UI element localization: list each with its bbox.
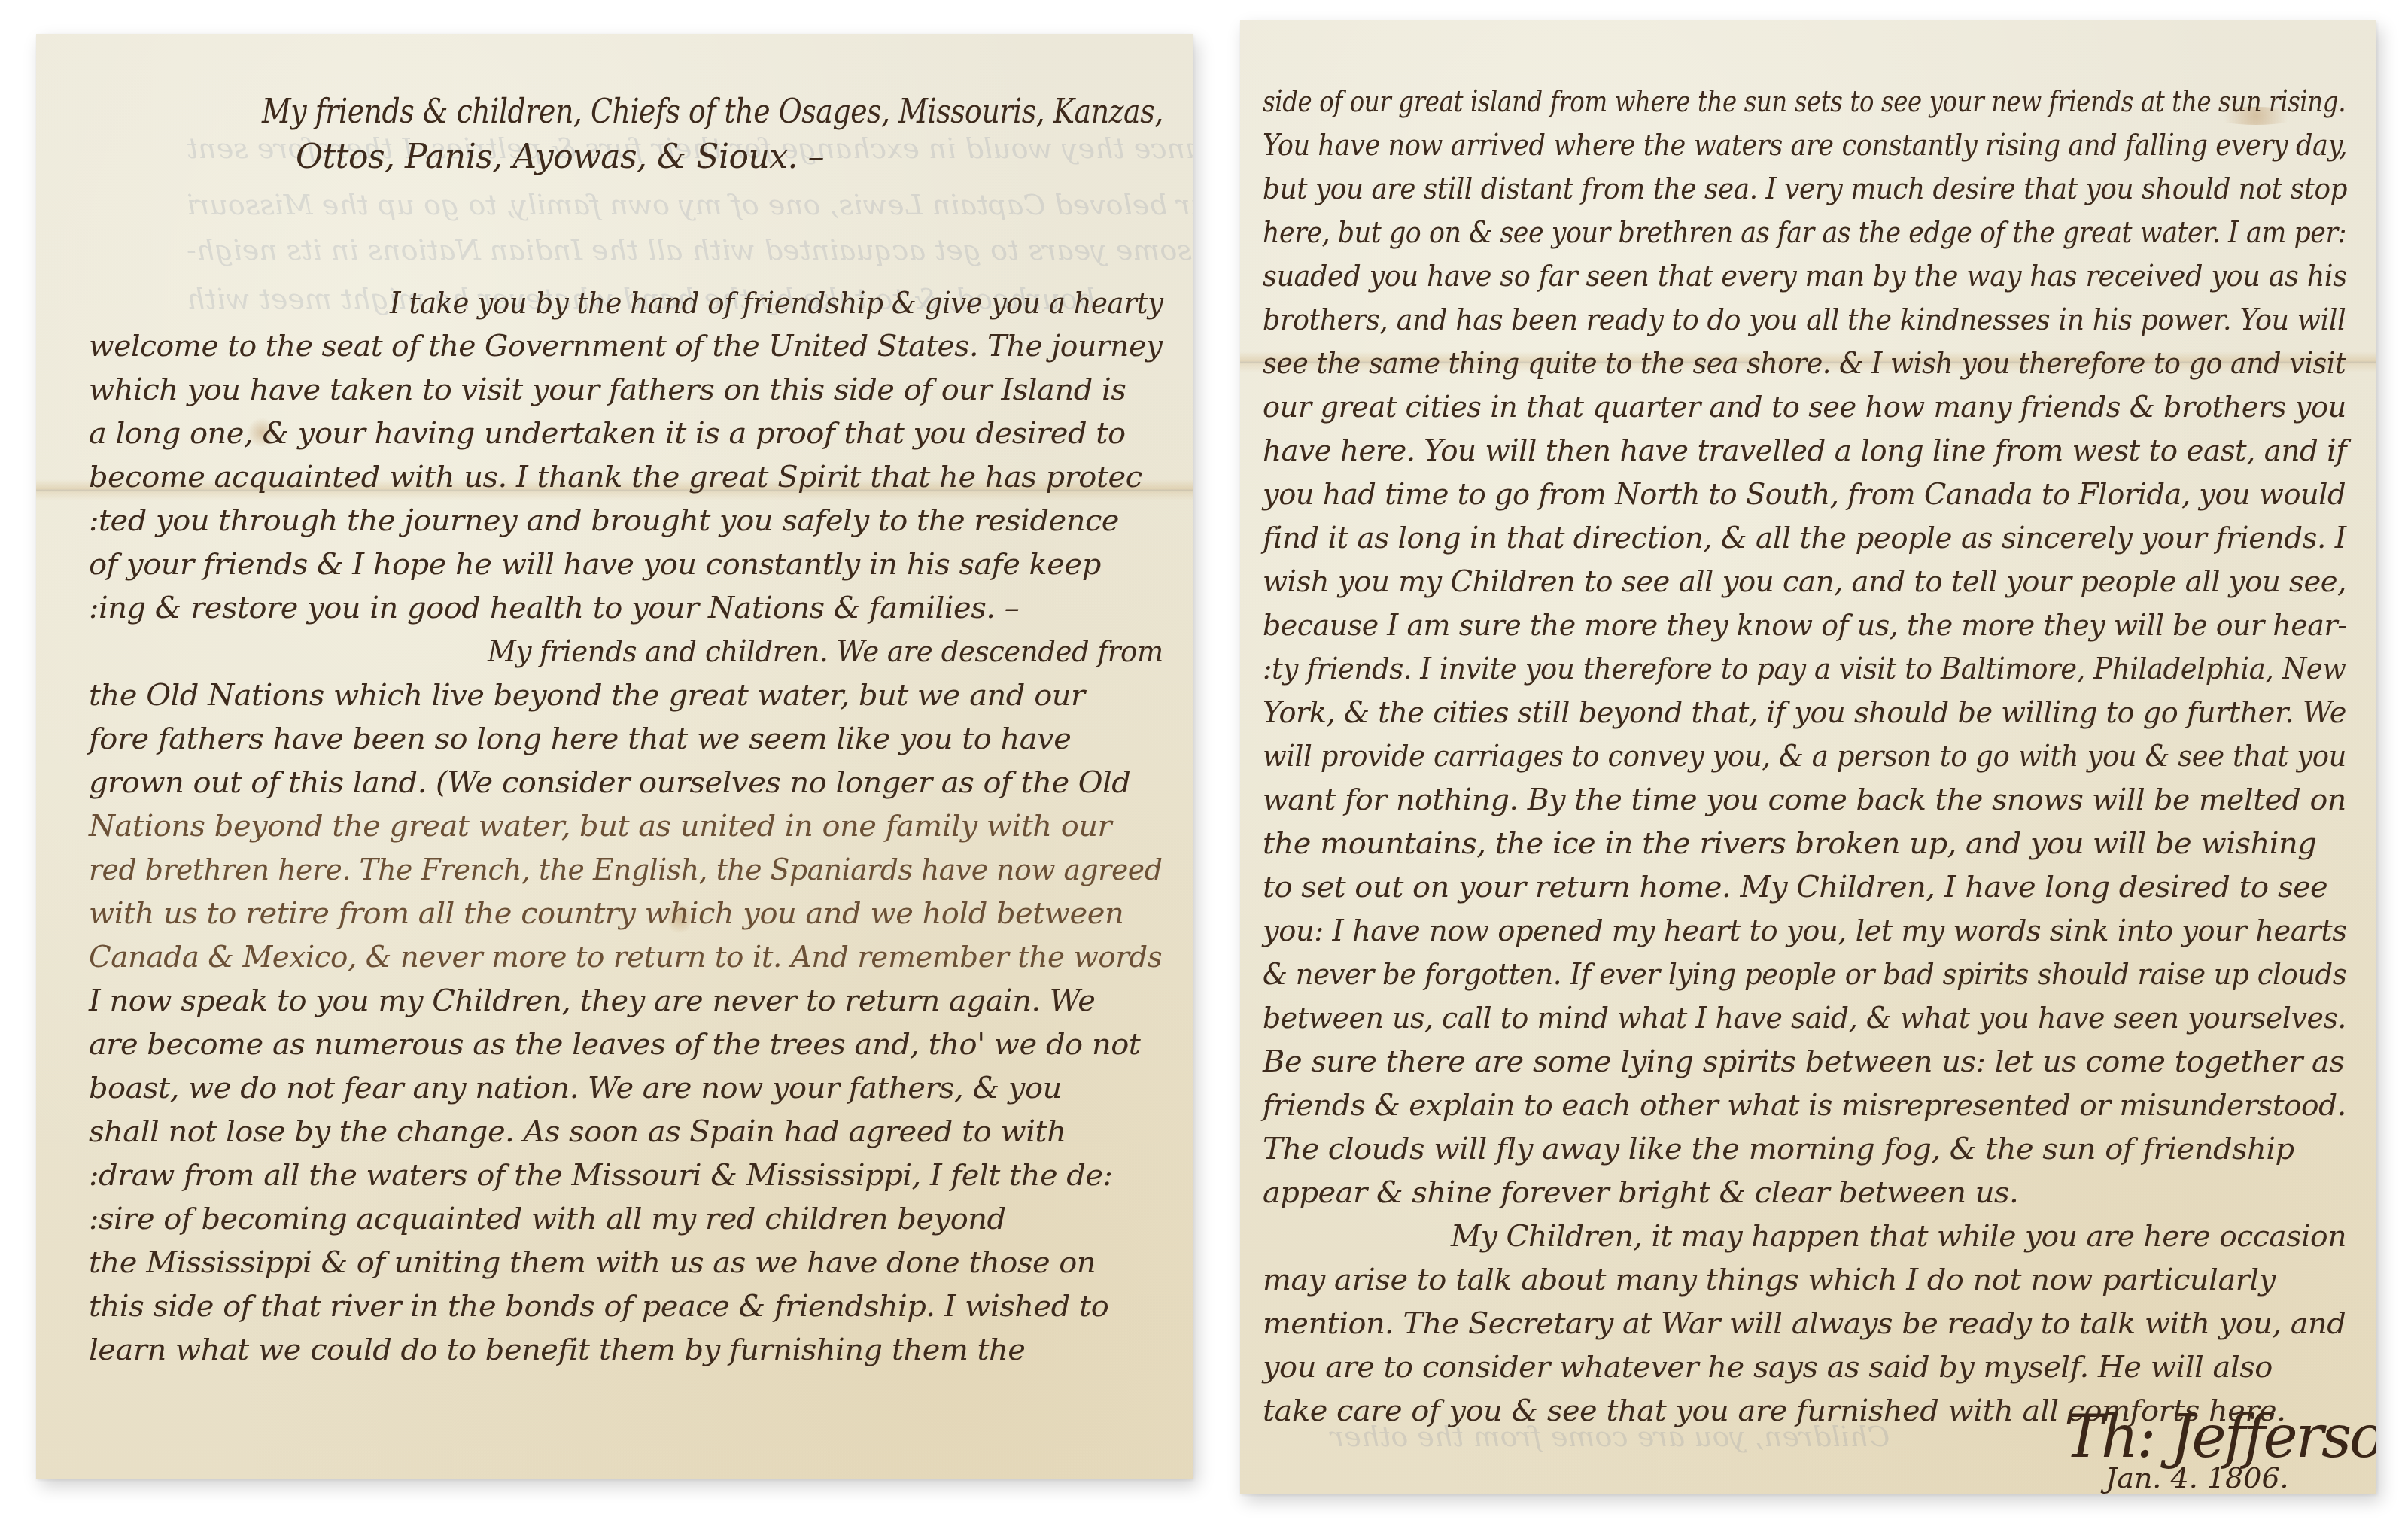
- letter-line: the mountains, the ice in the rivers bro…: [1263, 826, 2316, 861]
- letter-line: :ted you through the journey and brought…: [89, 503, 1119, 538]
- letter-line: between us, call to mind what I have sai…: [1263, 1001, 2346, 1035]
- letter-line: red brethren here. The French, the Engli…: [89, 853, 1162, 887]
- bleed-through-text: our beloved Captain Lewis, one of my own…: [187, 188, 1193, 221]
- bleed-through-text: some years to get acquainted with all th…: [187, 233, 1192, 266]
- letter-line: grown out of this land. (We consider our…: [89, 765, 1130, 800]
- letter-line: because I am sure the more they know of …: [1263, 608, 2347, 643]
- letter-line: you are to consider whatever he says as …: [1263, 1350, 2273, 1385]
- letter-line: you: I have now opened my heart to you, …: [1263, 913, 2346, 948]
- letter-line: The clouds will fly away like the mornin…: [1263, 1132, 2294, 1166]
- letter-line: see the same thing quite to the sea shor…: [1263, 346, 2346, 381]
- letter-line: York, & the cities still beyond that, if…: [1263, 695, 2346, 730]
- letter-line: become acquainted with us. I thank the g…: [89, 460, 1142, 494]
- letter-page-right: Children, you are come from the other si…: [1240, 20, 2376, 1494]
- letter-line: the Old Nations which live beyond the gr…: [89, 678, 1085, 713]
- letter-line: boast, we do not fear any nation. We are…: [89, 1071, 1062, 1105]
- letter-line: appear & shine forever bright & clear be…: [1263, 1175, 2018, 1210]
- letter-line: side of our great island from where the …: [1263, 84, 2346, 119]
- letter-line: this side of that river in the bonds of …: [89, 1289, 1108, 1324]
- letter-line: are become as numerous as the leaves of …: [89, 1027, 1140, 1062]
- letter-line: I now speak to you my Children, they are…: [89, 983, 1095, 1018]
- letter-date: Jan. 4. 1806.: [2105, 1461, 2289, 1494]
- letter-line: mention. The Secretary at War will alway…: [1263, 1306, 2346, 1341]
- letter-line: I take you by the hand of friendship & g…: [390, 286, 1163, 321]
- letter-line: Canada & Mexico, & never more to return …: [89, 940, 1162, 974]
- letter-line: :ing & restore you in good health to you…: [89, 591, 1019, 625]
- letter-salutation: My friends & children, Chiefs of the Osa…: [262, 93, 1163, 131]
- letter-line: want for nothing. By the time you come b…: [1263, 783, 2346, 817]
- letter-line: You have now arrived where the waters ar…: [1263, 128, 2347, 163]
- letter-line: here, but go on & see your brethren as f…: [1263, 215, 2346, 250]
- letter-line: our great cities in that quarter and to …: [1263, 390, 2346, 424]
- letter-line: will provide carriages to convey you, & …: [1263, 739, 2346, 774]
- letter-line: which you have taken to visit your fathe…: [89, 372, 1126, 407]
- letter-line: wish you my Children to see all you can,…: [1263, 564, 2346, 599]
- letter-line: a long one, & your having undertaken it …: [89, 416, 1125, 451]
- letter-line: but you are still distant from the sea. …: [1263, 172, 2347, 206]
- letter-line: welcome to the seat of the Government of…: [89, 329, 1162, 363]
- letter-line: of your friends & I hope he will have yo…: [89, 547, 1101, 582]
- letter-line: the Mississippi & of uniting them with u…: [89, 1245, 1096, 1280]
- letter-line: may arise to talk about many things whic…: [1263, 1263, 2276, 1297]
- letter-line: My Children, it may happen that while yo…: [1451, 1219, 2346, 1254]
- letter-line: My friends and children. We are descende…: [488, 634, 1163, 669]
- letter-line: :draw from all the waters of the Missour…: [89, 1158, 1113, 1193]
- letter-line: fore fathers have been so long here that…: [89, 722, 1071, 756]
- letter-line: suaded you have so far seen that every m…: [1263, 259, 2347, 293]
- letter-line: find it as long in that direction, & all…: [1263, 521, 2346, 555]
- letter-line: :sire of becoming acquainted with all my…: [89, 1202, 1006, 1236]
- letter-line: friends & explain to each other what is …: [1263, 1088, 2346, 1123]
- letter-line: brothers, and has been ready to do you a…: [1263, 302, 2346, 337]
- letter-line: Be sure there are some lying spirits bet…: [1263, 1044, 2344, 1079]
- letter-line: have here. You will then have travelled …: [1263, 433, 2346, 468]
- letter-page-left: acceptance they would in exchange for th…: [36, 34, 1193, 1479]
- letter-line: shall not lose by the change. As soon as…: [89, 1114, 1066, 1149]
- letter-line: & never be forgotten. If ever lying peop…: [1263, 957, 2346, 992]
- letter-salutation: Ottos, Panis, Ayowas, & Sioux. –: [296, 138, 824, 176]
- letter-line: with us to retire from all the country w…: [89, 896, 1123, 931]
- letter-line: Nations beyond the great water, but as u…: [89, 809, 1111, 844]
- letter-line: you had time to go from North to South, …: [1263, 477, 2346, 512]
- letter-line: to set out on your return home. My Child…: [1263, 870, 2327, 904]
- letter-line: :ty friends. I invite you therefore to p…: [1263, 652, 2346, 686]
- letter-line: learn what we could do to benefit them b…: [89, 1333, 1026, 1367]
